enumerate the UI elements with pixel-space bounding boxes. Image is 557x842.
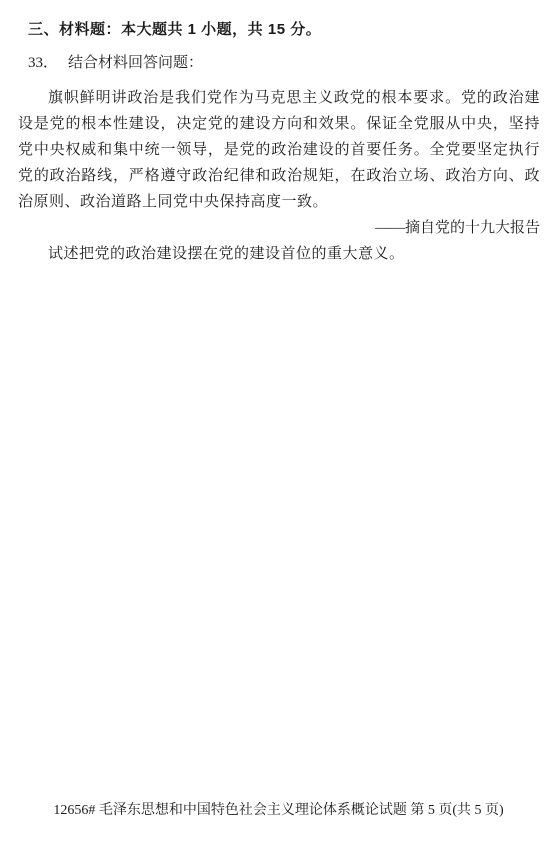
question-prompt: 结合材料回答问题：	[68, 55, 203, 71]
material-paragraph: 旗帜鲜明讲政治是我们党作为马克思主义政党的根本要求。党的政治建设是党的根本性建设…	[18, 85, 540, 215]
question-task: 试述把党的政治建设摆在党的建设首位的重大意义。	[48, 241, 539, 268]
question-number: 33．	[28, 55, 58, 71]
exam-paper-page: 三、材料题：本大题共 1 小题，共 15 分。 33．结合材料回答问题： 旗帜鲜…	[0, 0, 557, 842]
page-footer: 12656# 毛泽东思想和中国特色社会主义理论体系概论试题 第 5 页(共 5 …	[0, 802, 557, 820]
material-source-attribution: ——摘自党的十九大报告	[0, 215, 540, 241]
section-header: 三、材料题：本大题共 1 小题，共 15 分。	[28, 20, 539, 40]
question-header: 33．结合材料回答问题：	[28, 53, 539, 73]
